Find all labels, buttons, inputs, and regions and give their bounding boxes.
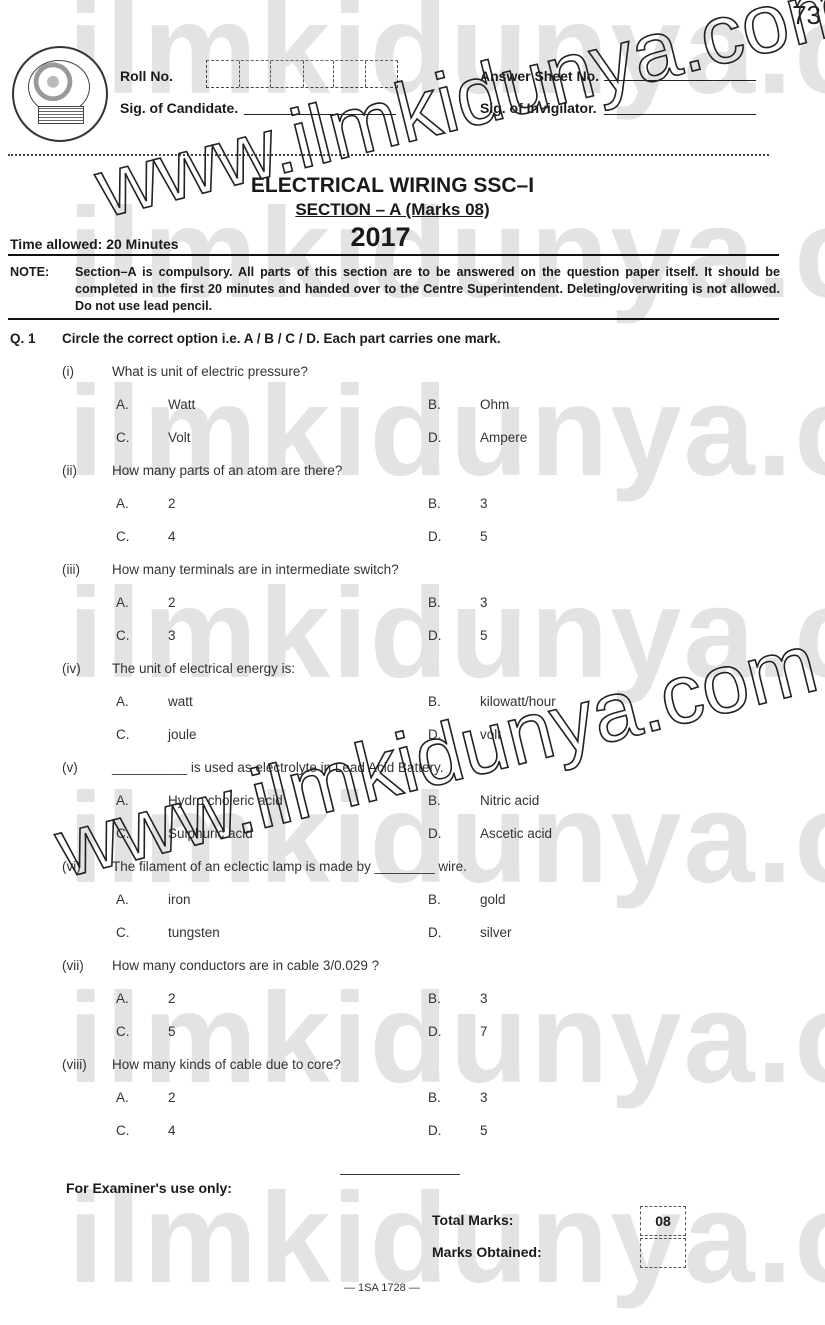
option-text[interactable]: 3 — [480, 991, 488, 1006]
examiner-label: For Examiner's use only: — [66, 1180, 232, 1196]
option-text[interactable]: 7 — [480, 1024, 488, 1039]
instructions-note: NOTE: Section–A is compulsory. All parts… — [10, 264, 780, 315]
question-number: Q. 1 — [10, 331, 36, 346]
option-letter[interactable]: D. — [428, 1123, 442, 1138]
section-title-text: SECTION – A (Marks 08) — [295, 200, 489, 219]
note-label: NOTE: — [10, 264, 49, 281]
option-text[interactable]: Ohm — [480, 397, 509, 412]
part-number: (iii) — [62, 562, 80, 577]
paper-code: — 1SA 1728 — — [344, 1282, 420, 1294]
option-letter[interactable]: C. — [116, 628, 130, 643]
option-text[interactable]: 2 — [168, 595, 176, 610]
option-letter[interactable]: A. — [116, 892, 129, 907]
roll-no-label: Roll No. — [120, 68, 173, 84]
option-letter[interactable]: B. — [428, 595, 441, 610]
option-text[interactable]: silver — [480, 925, 512, 940]
part-number: (vii) — [62, 958, 84, 973]
option-text[interactable]: 4 — [168, 529, 176, 544]
part-question-text: How many conductors are in cable 3/0.029… — [112, 958, 379, 973]
total-marks-box: 08 — [640, 1206, 686, 1236]
option-text[interactable]: 3 — [480, 595, 488, 610]
option-text[interactable]: 2 — [168, 1090, 176, 1105]
book-icon — [38, 106, 84, 124]
option-letter[interactable]: B. — [428, 1090, 441, 1105]
option-letter[interactable]: A. — [116, 397, 129, 412]
marks-obtained-label: Marks Obtained: — [432, 1244, 542, 1260]
option-letter[interactable]: C. — [116, 925, 130, 940]
sig-invigilator-field[interactable] — [604, 114, 756, 115]
option-text[interactable]: iron — [168, 892, 191, 907]
divider — [340, 1174, 460, 1175]
option-letter[interactable]: A. — [116, 595, 129, 610]
option-letter[interactable]: D. — [428, 628, 442, 643]
option-text[interactable]: watt — [168, 694, 193, 709]
option-text[interactable]: 5 — [168, 1024, 176, 1039]
option-text[interactable]: 5 — [480, 1123, 488, 1138]
total-marks-label: Total Marks: — [432, 1212, 513, 1228]
note-text: Section–A is compulsory. All parts of th… — [75, 264, 780, 315]
part-number: (i) — [62, 364, 74, 379]
option-text[interactable]: tungsten — [168, 925, 220, 940]
option-text[interactable]: 3 — [480, 496, 488, 511]
option-letter[interactable]: A. — [116, 694, 129, 709]
option-letter[interactable]: D. — [428, 925, 442, 940]
watermark: ilmkidunya.com — [68, 975, 825, 1103]
question-instruction: Circle the correct option i.e. A / B / C… — [62, 331, 501, 346]
option-text[interactable]: 5 — [480, 628, 488, 643]
option-text[interactable]: 3 — [168, 628, 176, 643]
page-corner-number: 73 — [792, 0, 821, 31]
option-text[interactable]: Ascetic acid — [480, 826, 552, 841]
part-number: (iv) — [62, 661, 81, 676]
option-text[interactable]: gold — [480, 892, 506, 907]
time-allowed: Time allowed: 20 Minutes — [10, 236, 179, 252]
option-text[interactable]: 4 — [168, 1123, 176, 1138]
option-letter[interactable]: B. — [428, 991, 441, 1006]
option-letter[interactable]: C. — [116, 1123, 130, 1138]
divider — [8, 318, 779, 320]
part-number: (v) — [62, 760, 78, 775]
option-letter[interactable]: C. — [116, 727, 130, 742]
part-question-text: What is unit of electric pressure? — [112, 364, 308, 379]
option-text[interactable]: 3 — [480, 1090, 488, 1105]
divider — [8, 254, 779, 256]
option-letter[interactable]: D. — [428, 1024, 442, 1039]
option-letter[interactable]: B. — [428, 496, 441, 511]
option-text[interactable]: Nitric acid — [480, 793, 539, 808]
part-number: (viii) — [62, 1057, 87, 1072]
option-text[interactable]: joule — [168, 727, 197, 742]
option-letter[interactable]: D. — [428, 826, 442, 841]
option-letter[interactable]: D. — [428, 430, 442, 445]
option-letter[interactable]: B. — [428, 892, 441, 907]
option-letter[interactable]: B. — [428, 397, 441, 412]
part-question-text: How many parts of an atom are there? — [112, 463, 342, 478]
option-text[interactable]: 5 — [480, 529, 488, 544]
option-letter[interactable]: C. — [116, 529, 130, 544]
option-letter[interactable]: A. — [116, 991, 129, 1006]
option-letter[interactable]: C. — [116, 1024, 130, 1039]
option-letter[interactable]: D. — [428, 529, 442, 544]
option-text[interactable]: Watt — [168, 397, 195, 412]
option-text[interactable]: 2 — [168, 496, 176, 511]
board-logo — [12, 46, 108, 142]
option-text[interactable]: Volt — [168, 430, 191, 445]
option-letter[interactable]: A. — [116, 496, 129, 511]
part-question-text: The unit of electrical energy is: — [112, 661, 295, 676]
part-question-text: How many kinds of cable due to core? — [112, 1057, 341, 1072]
option-letter[interactable]: A. — [116, 1090, 129, 1105]
option-text[interactable]: Ampere — [480, 430, 527, 445]
part-number: (ii) — [62, 463, 77, 478]
marks-obtained-field[interactable] — [640, 1238, 686, 1268]
part-question-text: How many terminals are in intermediate s… — [112, 562, 399, 577]
option-letter[interactable]: C. — [116, 430, 130, 445]
option-text[interactable]: 2 — [168, 991, 176, 1006]
